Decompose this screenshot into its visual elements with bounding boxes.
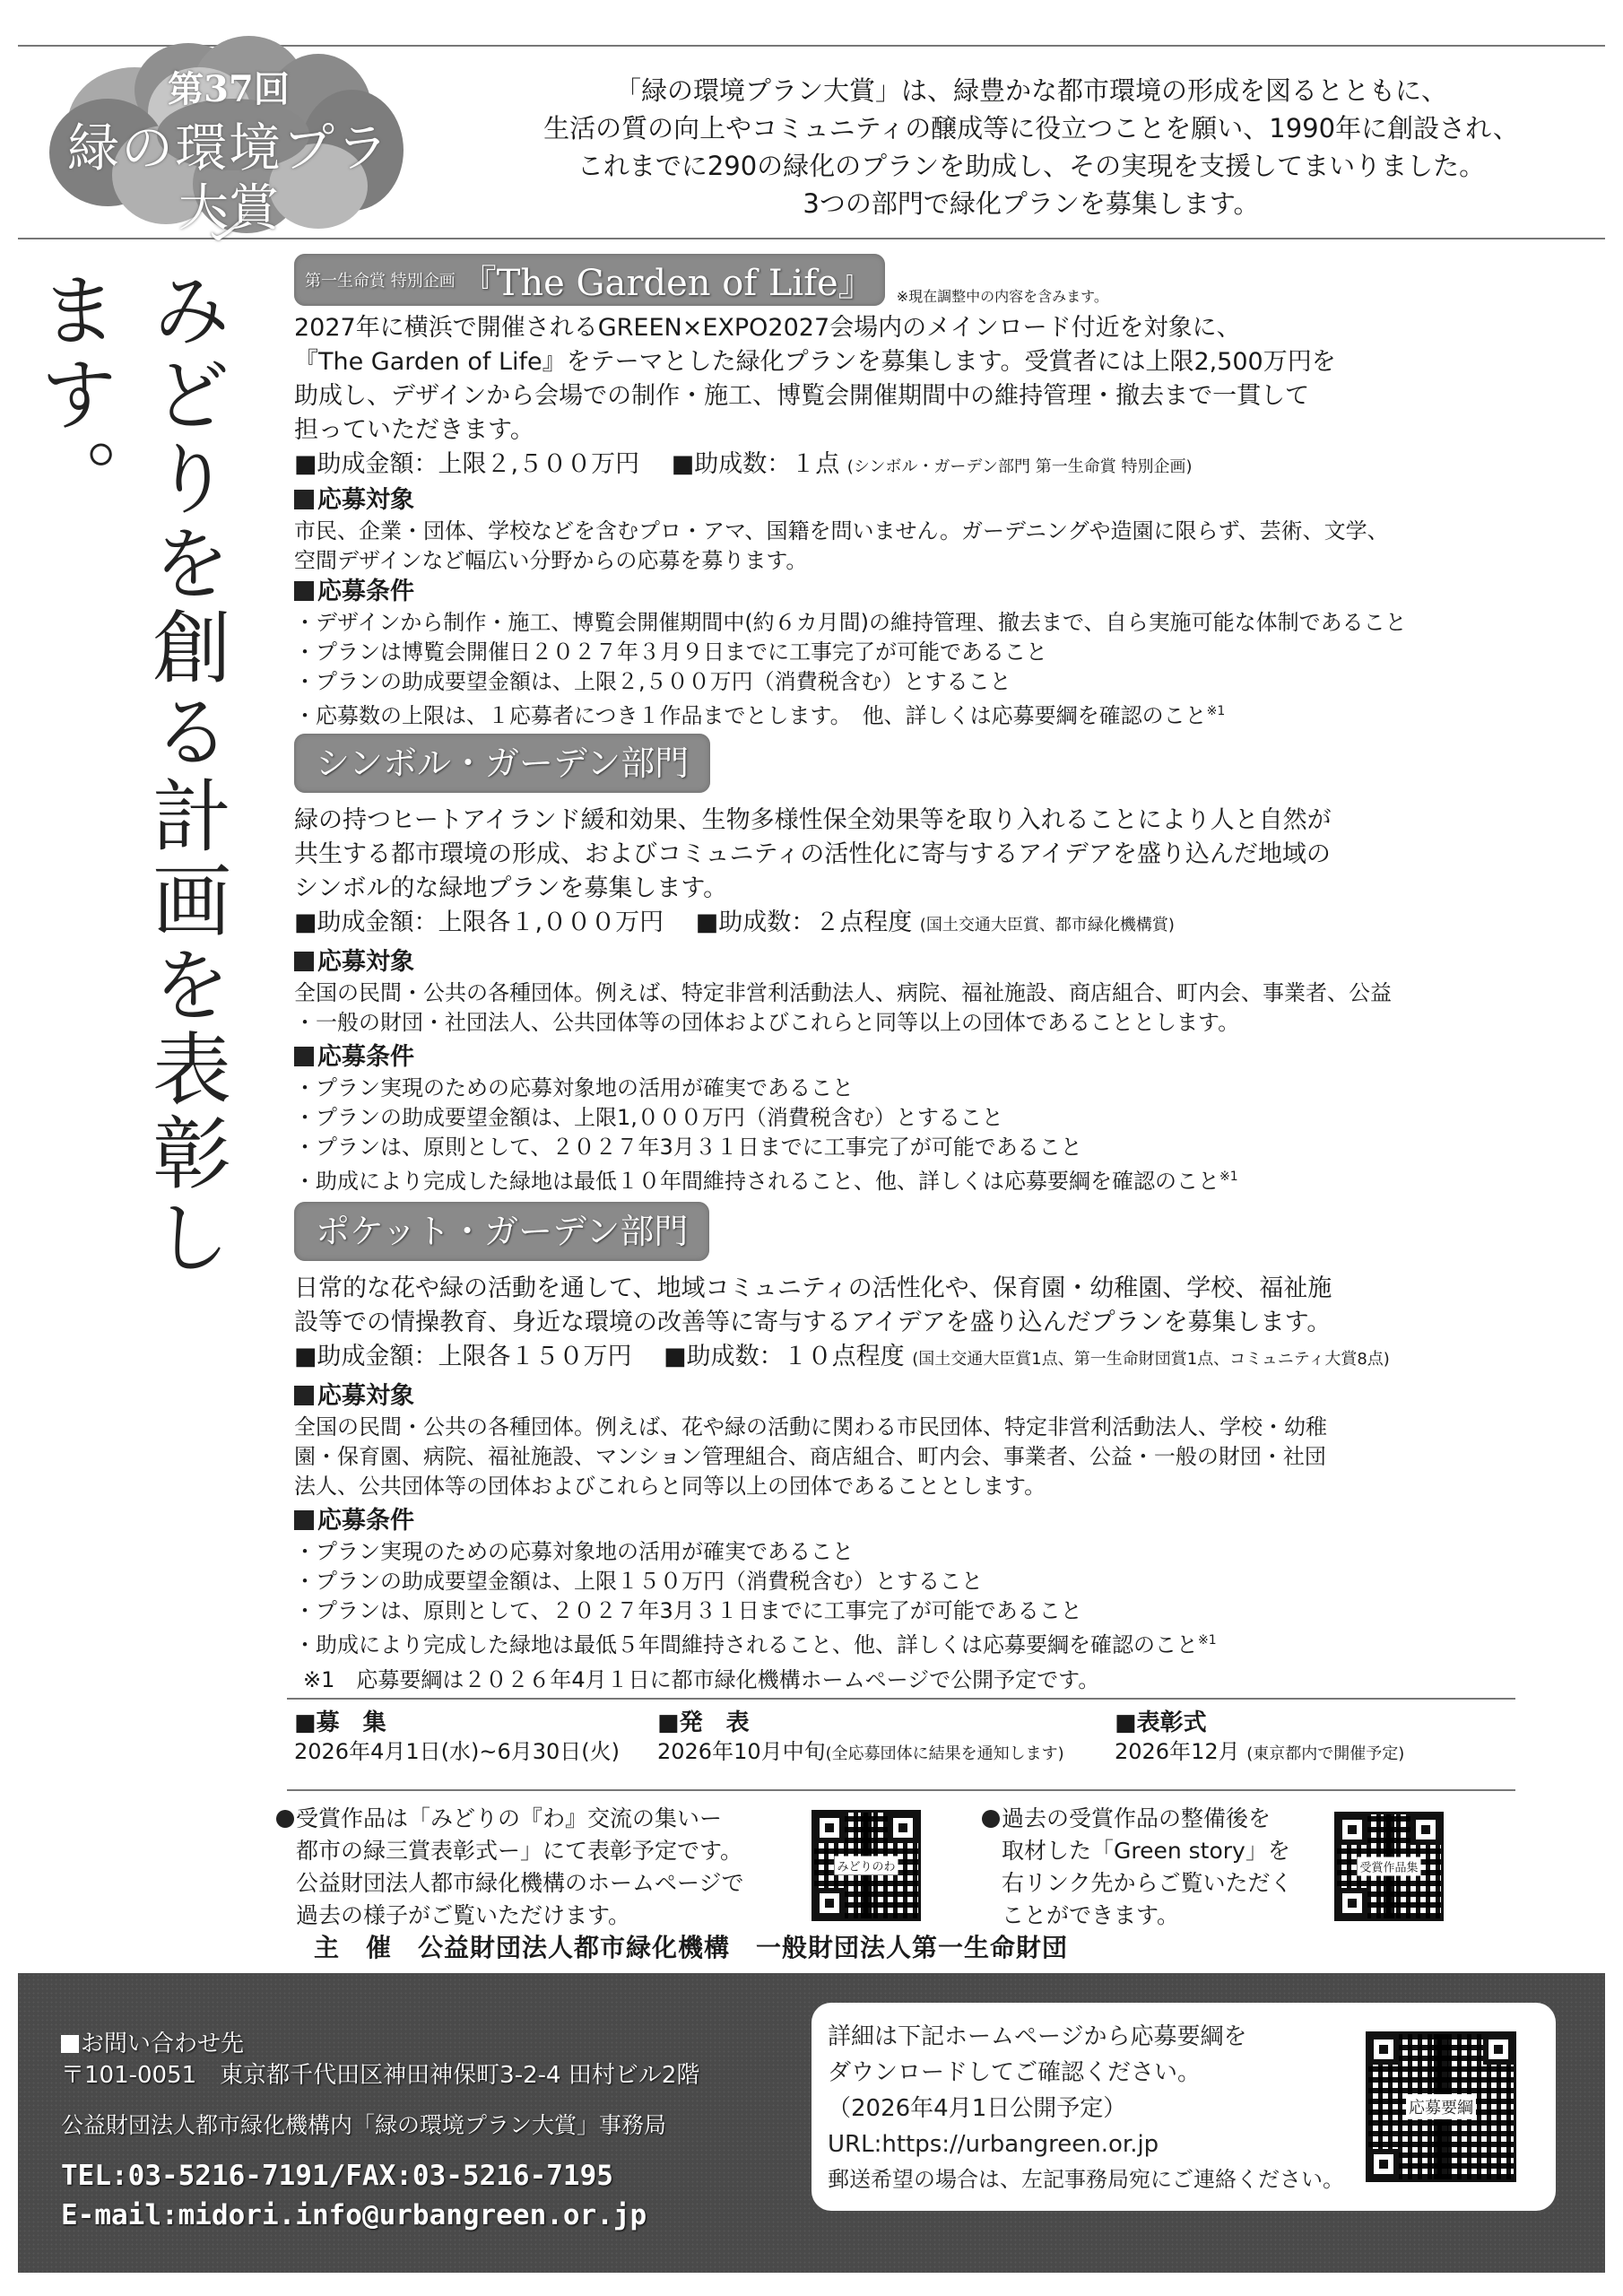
- special-banner: 第一生命賞 特別企画 『The Garden of Life』: [294, 254, 885, 306]
- pocket-target-heading: 応募対象: [294, 1380, 1585, 1413]
- contact-email[interactable]: E-mail:midori.info@urbangreen.or.jp: [61, 2196, 699, 2235]
- award-ceremony-info: 受賞作品は「みどりの『わ』交流の集いー 都市の緑三賞表彰式ー」にて表彰予定です。…: [276, 1803, 744, 1932]
- award-logo: 第37回 緑の環境プラン 大賞: [49, 36, 408, 233]
- pocket-banner: ポケット・ガーデン部門: [294, 1202, 709, 1261]
- logo-edition: 第37回: [49, 61, 408, 112]
- symbol-target-heading: 応募対象: [294, 946, 1585, 978]
- special-target-heading: 応募対象: [294, 484, 1585, 517]
- green-story-info: 過去の受賞作品の整備後を 取材した「Green story」を 右リンク先からご…: [982, 1803, 1293, 1932]
- condition-item: ・プラン実現のための応募対象地の活用が確実であること: [294, 1537, 1585, 1567]
- special-grant: ■助成金額：上限２,５００万円 ■助成数：１点 (シンボル・ガーデン部門 第一生…: [294, 448, 1585, 484]
- schedule-top-rule: [287, 1698, 1515, 1700]
- contact-office: 公益財団法人都市緑化機構内「緑の環境プラン大賞」事務局: [61, 2109, 699, 2142]
- midori-no-wa-qr-code[interactable]: みどりのわ: [811, 1810, 921, 1921]
- schedule-announcement: ■発 表 2026年10月中旬(全応募団体に結果を通知します): [657, 1709, 1064, 1769]
- guidelines-qr-code[interactable]: 応募要綱: [1366, 2031, 1516, 2182]
- pocket-grant: ■助成金額：上限各１５０万円 ■助成数：１０点程度 (国土交通大臣賞1点、第一生…: [294, 1340, 1585, 1377]
- contact-tel-fax[interactable]: TEL:03-5216-7191/FAX:03-5216-7195: [61, 2156, 699, 2196]
- contact-info: お問い合わせ先 〒101-0051 東京都千代田区神田神保町3-2-4 田村ビル…: [61, 2029, 699, 2235]
- special-description: 2027年に横浜で開催されるGREEN×EXPO2027会場内のメインロード付近…: [294, 311, 1585, 448]
- award-works-qr-code[interactable]: 受賞作品集: [1334, 1812, 1444, 1921]
- symbol-description: 緑の持つヒートアイランド緩和効果、生物多様性保全効果等を取り入れることにより人と…: [294, 804, 1585, 906]
- condition-item: ・プランの助成要望金額は、上限1,０００万円（消費税含む）とすること: [294, 1103, 1585, 1133]
- special-conditions-heading: 応募条件: [294, 576, 1585, 608]
- logo-title-award: 大賞: [49, 169, 408, 240]
- download-url[interactable]: URL:https://urbangreen.or.jp: [828, 2126, 1344, 2162]
- pocket-description: 日常的な花や緑の活動を通して、地域コミュニティの活性化や、保育園・幼稚園、学校、…: [294, 1272, 1585, 1340]
- contact-footer: お問い合わせ先 〒101-0051 東京都千代田区神田神保町3-2-4 田村ビル…: [18, 1973, 1605, 2273]
- special-banner-note: ※現在調整中の内容を含みます。: [897, 288, 1108, 305]
- organizer: 主 催 公益財団法人都市緑化機構 一般財団法人第一生命財団: [314, 1928, 1068, 1964]
- condition-item: ・デザインから制作・施工、博覧会開催期間中(約６カ月間)の維持管理、撤去まで、自…: [294, 608, 1585, 638]
- condition-item: ・プランの助成要望金額は、上限１５０万円（消費税含む）とすること: [294, 1567, 1585, 1596]
- symbol-grant: ■助成金額：上限各１,０００万円 ■助成数：２点程度 (国土交通大臣賞、都市緑化…: [294, 906, 1585, 943]
- symbol-conditions-heading: 応募条件: [294, 1041, 1585, 1074]
- condition-item: ・助成により完成した緑地は最低５年間維持されること、他、詳しくは応募要綱を確認の…: [294, 1626, 1585, 1660]
- condition-item: ・プランは、原則として、２０２７年3月３１日までに工事完了が可能であること: [294, 1133, 1585, 1162]
- condition-item: ・プランは博覧会開催日２０２７年３月９日までに工事完了が可能であること: [294, 638, 1585, 667]
- schedule-ceremony: ■表彰式 2026年12月 (東京都内で開催予定): [1115, 1709, 1404, 1769]
- pocket-conditions-heading: 応募条件: [294, 1505, 1585, 1537]
- bullet-icon: [276, 1810, 294, 1828]
- section-pocket-garden: ポケット・ガーデン部門 日常的な花や緑の活動を通して、地域コミュニティの活性化や…: [294, 1202, 1585, 1695]
- vertical-headline: みどりを創る計画を表彰します。: [135, 269, 242, 1327]
- bullet-icon: [982, 1810, 1000, 1828]
- intro-text: 「緑の環境プラン大賞」は、緑豊かな都市環境の形成を図るとともに、 生活の質の向上…: [484, 72, 1578, 222]
- contact-address: 〒101-0051 東京都千代田区神田神保町3-2-4 田村ビル2階: [61, 2059, 699, 2092]
- condition-item: ・応募数の上限は、１応募者につき１作品までとします。 他、詳しくは応募要綱を確認…: [294, 697, 1585, 731]
- condition-item: ・プラン実現のための応募対象地の活用が確実であること: [294, 1074, 1585, 1103]
- schedule-recruitment: ■募 集 2026年4月1日(水)~6月30日(火): [294, 1709, 620, 1766]
- condition-item: ・プランは、原則として、２０２７年3月３１日までに工事完了が可能であること: [294, 1596, 1585, 1626]
- schedule-bottom-rule: [287, 1789, 1515, 1791]
- download-info-box: 詳細は下記ホームページから応募要綱を ダウンロードしてご確認ください。 （202…: [811, 2003, 1556, 2211]
- condition-item: ・プランの助成要望金額は、上限２,５００万円（消費税含む）とすること: [294, 667, 1585, 697]
- section-special: 第一生命賞 特別企画 『The Garden of Life』 ※現在調整中の内…: [294, 254, 1585, 731]
- section-symbol-garden: シンボル・ガーデン部門 緑の持つヒートアイランド緩和効果、生物多様性保全効果等を…: [294, 734, 1585, 1196]
- condition-item: ・助成により完成した緑地は最低１０年間維持されること、他、詳しくは応募要綱を確認…: [294, 1162, 1585, 1196]
- symbol-banner: シンボル・ガーデン部門: [294, 734, 710, 793]
- footnote: ※1 応募要綱は２０２６年4月１日に都市緑化機構ホームページで公開予定です。: [294, 1665, 1585, 1695]
